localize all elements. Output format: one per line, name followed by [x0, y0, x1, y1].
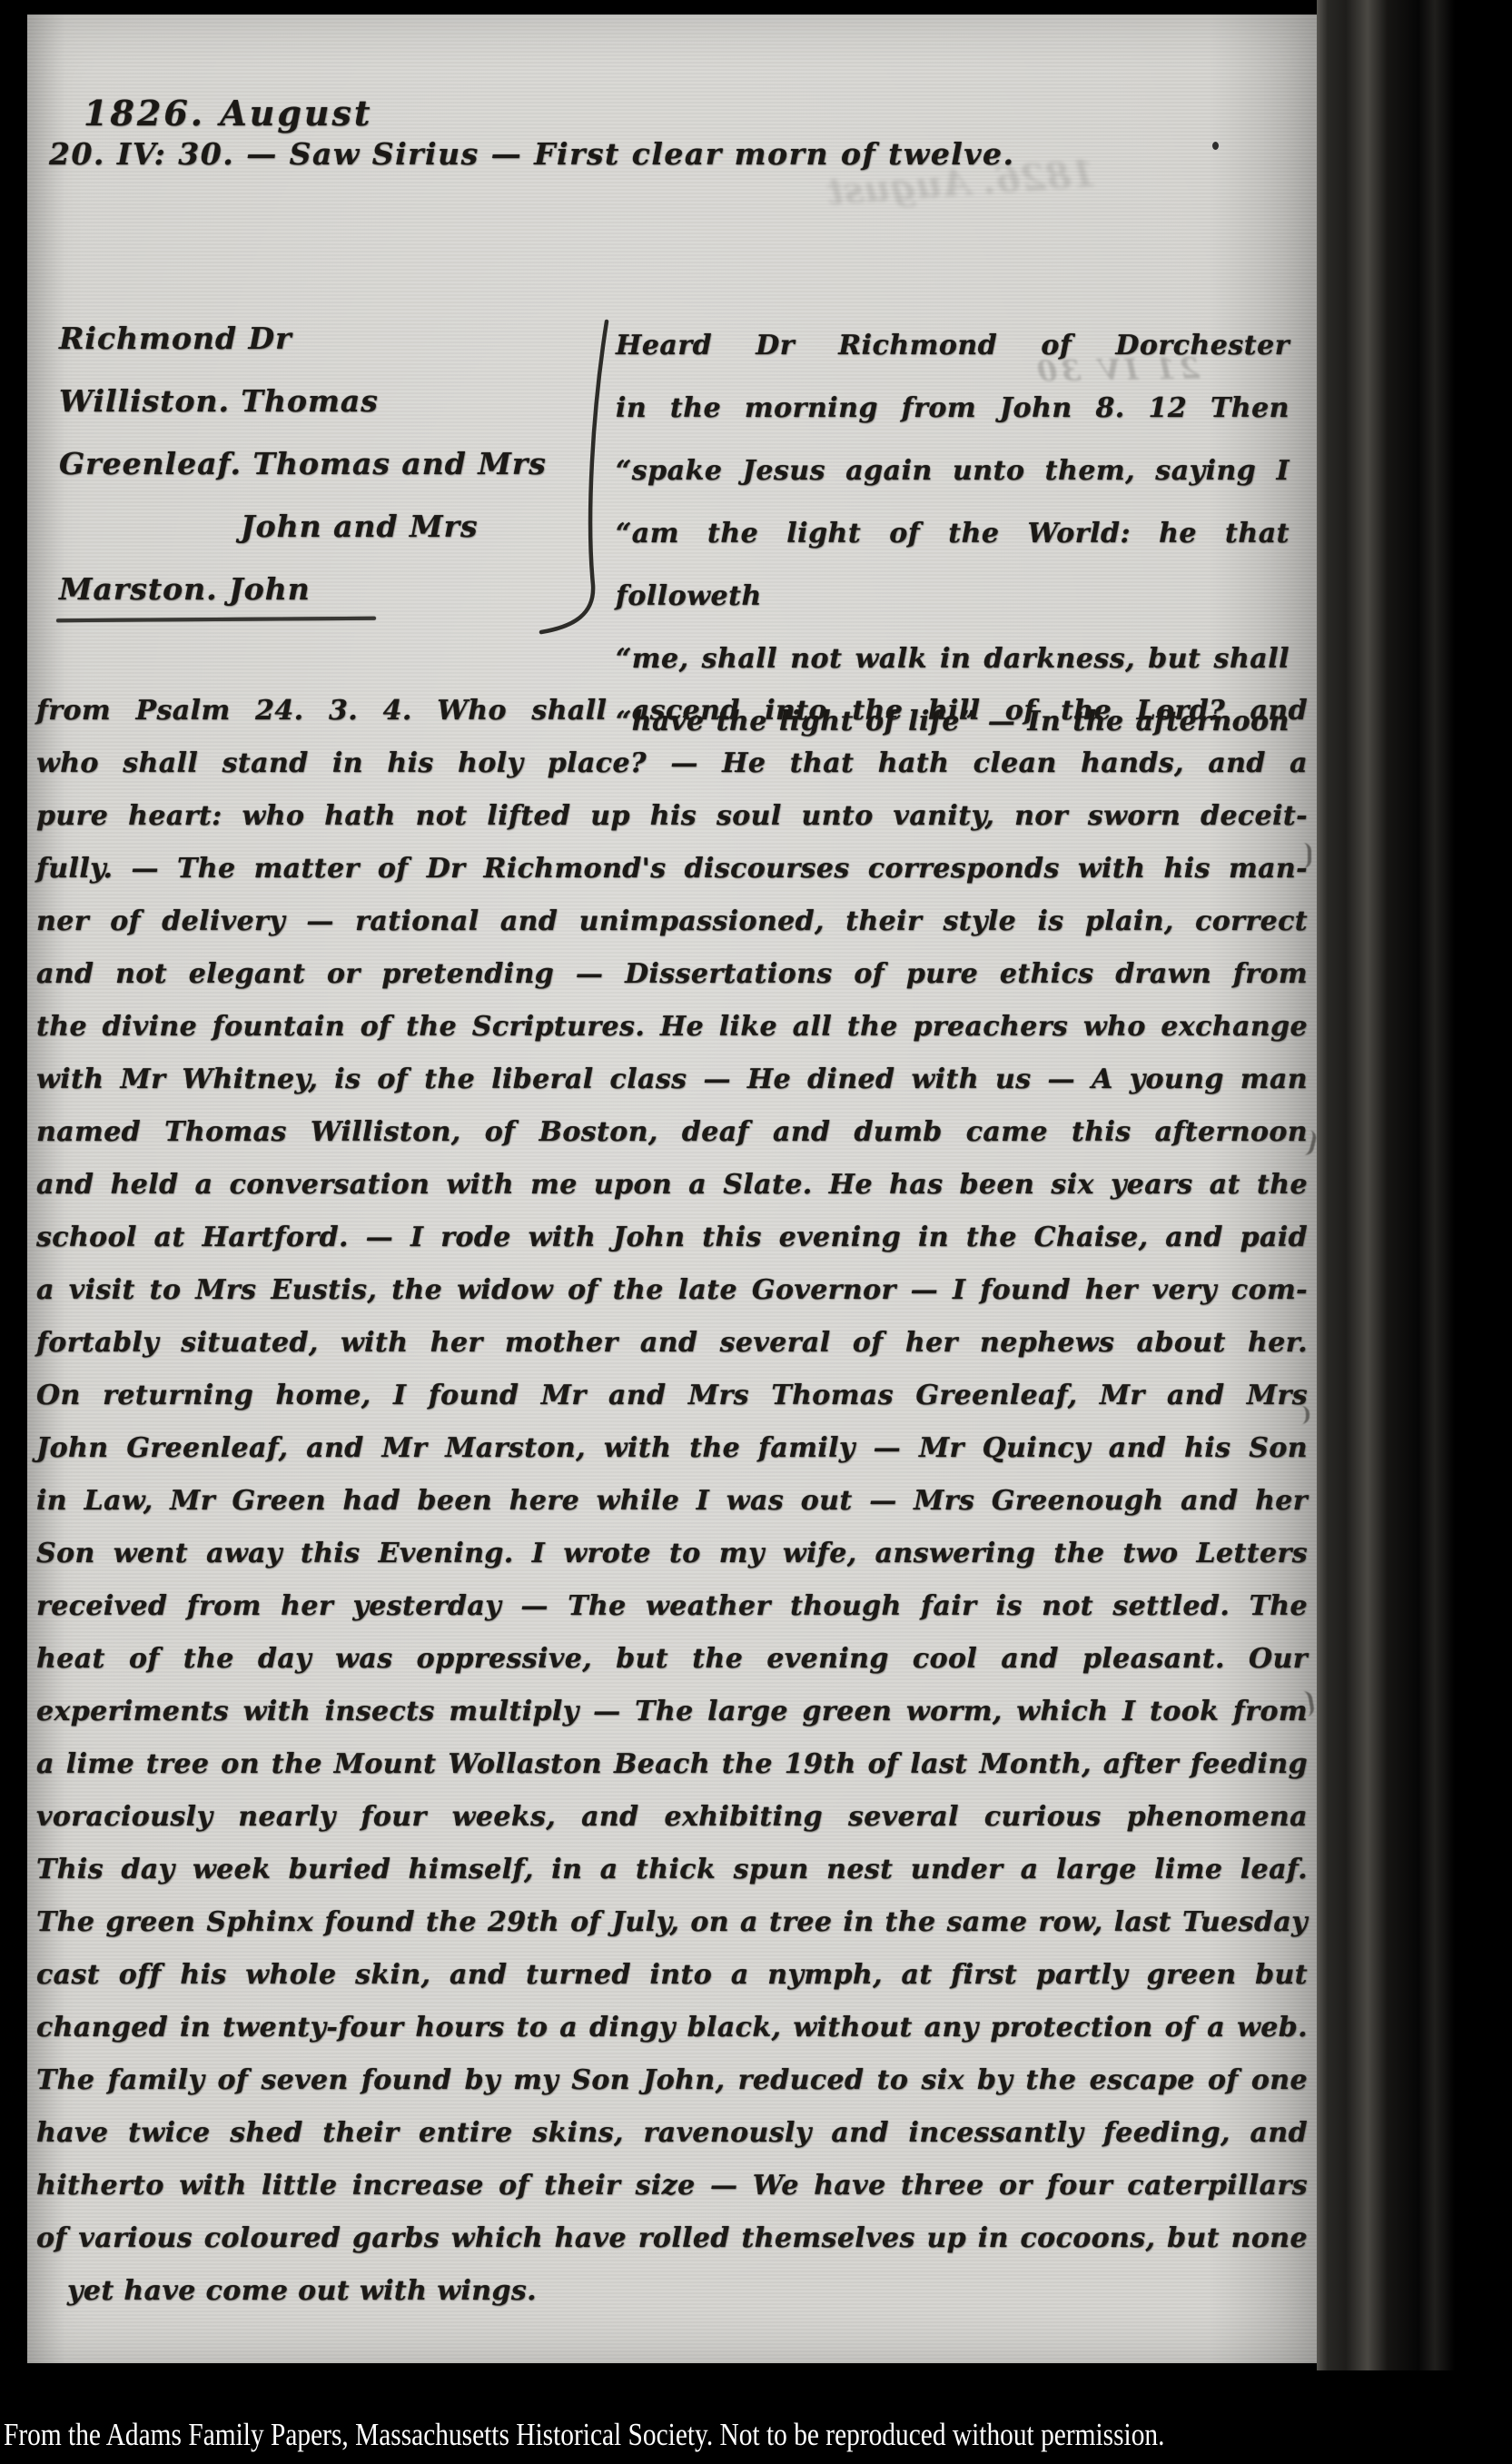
diary-line: changed in twenty-four hours to a dingy … — [36, 2002, 1308, 2054]
diary-line: hitherto with little increase of their s… — [36, 2160, 1308, 2212]
diary-line: school at Hartford. — I rode with John t… — [36, 1212, 1308, 1264]
photo-caption: From the Adams Family Papers, Massachuse… — [4, 2416, 1164, 2454]
diary-line: voraciously nearly four weeks, and exhib… — [36, 1791, 1308, 1844]
ink-speck — [1212, 142, 1219, 150]
name-index-entry: Marston. John — [59, 558, 604, 620]
scripture-line: in the morning from John 8. 12 Then — [616, 377, 1290, 440]
diary-line: cast off his whole skin, and turned into… — [36, 1949, 1308, 2002]
name-index: Richmond Dr Williston. Thomas Greenleaf.… — [59, 307, 604, 620]
diary-line: pure heart: who hath not lifted up his s… — [36, 790, 1308, 843]
date-heading: 1826. August — [84, 93, 372, 134]
scripture-line: Heard Dr Richmond of Dorchester — [616, 314, 1290, 377]
diary-line: ner of delivery — rational and unimpassi… — [36, 896, 1308, 948]
scripture-line: “am the light of the World: he that foll… — [616, 502, 1290, 628]
diary-line: of various coloured garbs which have rol… — [36, 2212, 1308, 2265]
diary-line: named Thomas Williston, of Boston, deaf … — [36, 1106, 1308, 1159]
scripture-line: “spake Jesus again unto them, saying I — [616, 440, 1290, 502]
scanned-photograph: 1826. August 21 IV 30 1826. August 20. I… — [0, 0, 1512, 2464]
scripture-line: “me, shall not walk in darkness, but sha… — [616, 628, 1290, 690]
diary-line: The family of seven found by my Son John… — [36, 2054, 1308, 2107]
diary-line: who shall stand in his holy place? — He … — [36, 737, 1308, 790]
diary-line: fully. — The matter of Dr Richmond's dis… — [36, 843, 1308, 896]
diary-line: have twice shed their entire skins, rave… — [36, 2107, 1308, 2160]
diary-line: John Greenleaf, and Mr Marston, with the… — [36, 1422, 1308, 1475]
diary-line: fortably situated, with her mother and s… — [36, 1317, 1308, 1370]
manuscript-page: 1826. August 21 IV 30 1826. August 20. I… — [27, 15, 1317, 2363]
diary-line: in Law, Mr Green had been here while I w… — [36, 1475, 1308, 1528]
bleed-mark — [1297, 1690, 1316, 1717]
diary-line: experiments with insects multiply — The … — [36, 1686, 1308, 1738]
diary-line: and held a conversation with me upon a S… — [36, 1159, 1308, 1212]
diary-line: a visit to Mrs Eustis, the widow of the … — [36, 1264, 1308, 1317]
diary-line: yet have come out with wings. — [36, 2265, 1308, 2318]
name-index-entry: Greenleaf. Thomas and Mrs — [59, 432, 604, 495]
diary-line: received from her yesterday — The weathe… — [36, 1580, 1308, 1633]
diary-line: with Mr Whitney, is of the liberal class… — [36, 1054, 1308, 1106]
diary-line: a lime tree on the Mount Wollaston Beach… — [36, 1738, 1308, 1791]
bleed-mark — [1297, 843, 1311, 868]
diary-line: Son went away this Evening. I wrote to m… — [36, 1528, 1308, 1580]
bleed-mark — [1295, 1406, 1309, 1424]
diary-line: the divine fountain of the Scriptures. H… — [36, 1001, 1308, 1054]
diary-line: from Psalm 24. 3. 4. Who shall ascend in… — [36, 685, 1308, 737]
diary-line: The green Sphinx found the 29th of July,… — [36, 1896, 1308, 1949]
diary-line: On returning home, I found Mr and Mrs Th… — [36, 1370, 1308, 1422]
entry-opening-line: 20. IV: 30. — Saw Sirius — First clear m… — [49, 136, 1015, 172]
book-gutter-edge — [1317, 0, 1512, 2370]
name-index-entry: Williston. Thomas — [59, 370, 604, 432]
diary-body: from Psalm 24. 3. 4. Who shall ascend in… — [36, 685, 1308, 2318]
diary-line: This day week buried himself, in a thick… — [36, 1844, 1308, 1896]
diary-line: and not elegant or pretending — Disserta… — [36, 948, 1308, 1001]
diary-line: heat of the day was oppressive, but the … — [36, 1633, 1308, 1686]
name-index-entry: Richmond Dr — [59, 307, 604, 370]
